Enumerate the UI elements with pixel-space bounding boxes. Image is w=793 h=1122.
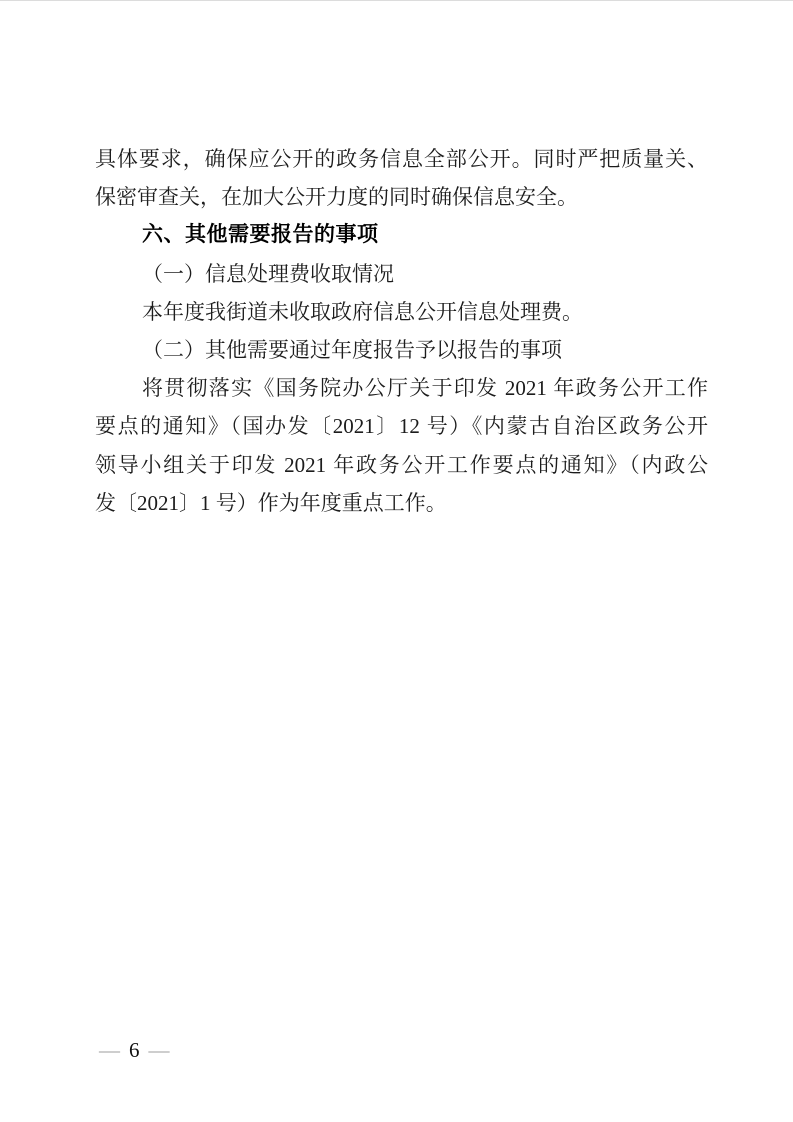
page-top-edge [0, 0, 793, 1]
subsection-heading-2: （二）其他需要通过年度报告予以报告的事项 [95, 331, 708, 369]
body-line: 领导小组关于印发 2021 年政务公开工作要点的通知》（内政公 [95, 446, 708, 484]
body-line: 具体要求，确保应公开的政务信息全部公开。同时严把质量关、 [95, 140, 708, 178]
document-page: 具体要求，确保应公开的政务信息全部公开。同时严把质量关、 保密审查关，在加大公开… [0, 0, 793, 1122]
body-line: 保密审查关，在加大公开力度的同时确保信息安全。 [95, 178, 708, 216]
body-line: 发〔2021〕1 号）作为年度重点工作。 [95, 484, 708, 522]
body-line: 将贯彻落实《国务院办公厅关于印发 2021 年政务公开工作 [95, 369, 708, 407]
document-body: 具体要求，确保应公开的政务信息全部公开。同时严把质量关、 保密审查关，在加大公开… [95, 140, 708, 522]
footer-dash-right: — [149, 1035, 170, 1065]
page-footer: — 6 — [99, 1035, 170, 1065]
footer-dash-left: — [99, 1035, 120, 1065]
body-line: 要点的通知》（国办发〔2021〕12 号）《内蒙古自治区政务公开 [95, 407, 708, 445]
page-number: 6 [129, 1035, 140, 1065]
section-heading: 六、其他需要报告的事项 [95, 216, 708, 254]
body-line: 本年度我街道未收取政府信息公开信息处理费。 [95, 293, 708, 331]
subsection-heading-1: （一）信息处理费收取情况 [95, 255, 708, 293]
